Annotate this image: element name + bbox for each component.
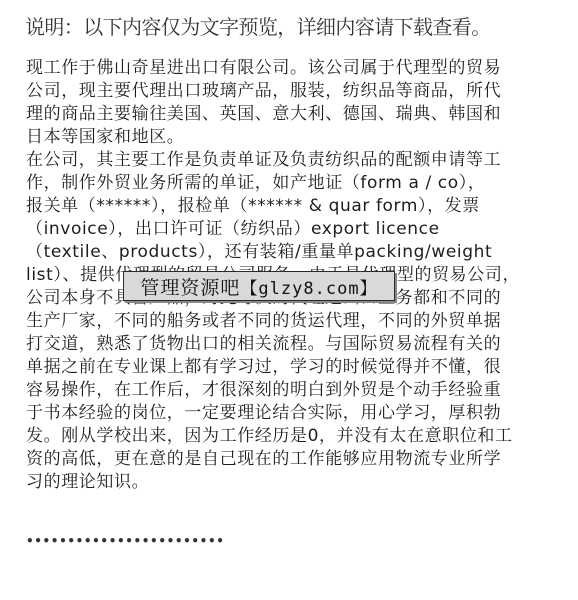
text-line: 现工作于佛山奇星进出口有限公司。该公司属于代理型的贸易 — [26, 57, 566, 80]
text-line: （textile、products），还有装箱/重量单packing/weigh… — [26, 241, 566, 264]
text-line: 资的高低，更在意的是自己现在的工作能够应用物流专业所学 — [26, 448, 566, 471]
text-line: 公司，现主要代理出口玻璃产品，服装，纺织品等商品，所代 — [26, 80, 566, 103]
text-line: 生产厂家，不同的船务或者不同的货运代理，不同的外贸单据 — [26, 310, 566, 333]
text-line: 日本等国家和地区。 — [26, 126, 566, 149]
preview-notice-title: 说明：以下内容仅为文字预览，详细内容请下载查看。 — [25, 14, 491, 40]
text-line: 习的理论知识。 — [26, 471, 566, 494]
watermark-label: 管理资源吧 — [140, 273, 240, 300]
text-line: 于书本经验的岗位，一定要理论结合实际，用心学习，厚积勃 — [26, 402, 566, 425]
text-line: （invoice），出口许可证（纺织品）export licence — [26, 218, 566, 241]
text-line: 单据之前在专业课上都有学习过，学习的时候觉得并不懂，很 — [26, 356, 566, 379]
truncation-ellipsis: •••••••••••••••••••••••• — [26, 534, 224, 548]
text-line: 在公司，其主要工作是负责单证及负责纺织品的配额申请等工 — [26, 149, 566, 172]
watermark-url: 【glzy8.com】 — [240, 274, 377, 299]
text-line: 容易操作，在工作后，才很深刻的明白到外贸是个动手经验重 — [26, 379, 566, 402]
text-line: 发。刚从学校出来，因为工作经历是0，并没有太在意职位和工 — [26, 425, 566, 448]
text-line: 打交道，熟悉了货物出口的相关流程。与国际贸易流程有关的 — [26, 333, 566, 356]
text-line: 理的商品主要输往美国、英国、意大利、德国、瑞典、韩国和 — [26, 103, 566, 126]
text-line: 报关单（******），报检单（****** & quar form），发票 — [26, 195, 566, 218]
text-line: 作，制作外贸业务所需的单证，如产地证（form a / co）， — [26, 172, 566, 195]
watermark-banner: 管理资源吧 【glzy8.com】 — [123, 271, 395, 301]
